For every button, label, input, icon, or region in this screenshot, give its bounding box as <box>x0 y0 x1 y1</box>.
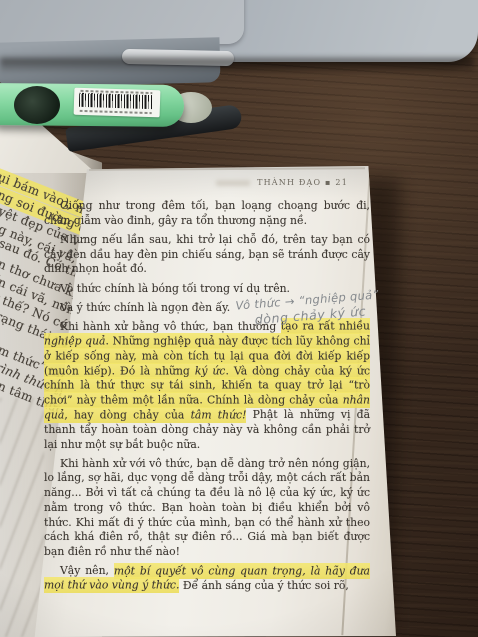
page-header: THÀNH ĐẠO ▪ 21 <box>44 178 370 187</box>
body-text: Và ý thức chính là ngọn đèn ấy. <box>60 301 230 314</box>
laptop-shadow <box>0 58 474 74</box>
highlighted-text: ký ức <box>195 363 226 379</box>
highlighter-cap <box>14 86 60 124</box>
paragraph: Nhưng nếu lần sau, khi trở lại chỗ đó, t… <box>44 233 370 277</box>
body-text: Để ánh sáng của ý thức soi rõ, <box>179 579 348 592</box>
body-text: Vô thức chính là bóng tối trong ví dụ tr… <box>60 282 290 295</box>
paragraph: Vậy nên, một bí quyết vô cùng quan trọng… <box>44 564 370 593</box>
paragraph: Khi hành xử với vô thức, bạn dễ dàng trở… <box>44 457 370 560</box>
highlighted-text: tâm thức! <box>191 407 247 423</box>
faded-header-text <box>216 180 250 186</box>
body-text: Giống như trong đêm tối, bạn loạng choạn… <box>44 199 370 227</box>
highlighter-barcode-sticker <box>74 88 161 118</box>
page-showthrough-texture <box>0 398 44 637</box>
header-separator: ▪ <box>325 178 332 187</box>
chapter-title: THÀNH ĐẠO <box>257 178 321 187</box>
highlighted-text: nghiệp quả <box>44 333 105 349</box>
right-page-text: THÀNH ĐẠO ▪ 21 Giống như trong đêm tối, … <box>44 178 370 598</box>
photo-scene: bụi bám vào), nhưáng soi đường tưuyệt đẹ… <box>0 0 478 637</box>
barcode-microtext <box>80 110 152 114</box>
body-text: Khi hành xử với vô thức, bạn dễ dàng trở… <box>44 457 370 558</box>
body-text: Vậy nên, <box>60 564 114 577</box>
body-text: Nhưng nếu lần sau, khi trở lại chỗ đó, t… <box>44 233 370 275</box>
page-paragraphs: Giống như trong đêm tối, bạn loạng choạn… <box>44 199 370 594</box>
barcode-bars <box>79 93 153 109</box>
highlighted-text: , hay dòng chảy của <box>64 407 190 423</box>
page-number: 21 <box>335 178 348 187</box>
paragraph: Giống như trong đêm tối, bạn loạng choạn… <box>44 199 370 228</box>
paragraph: Khi hành xử bằng vô thức, bạn thường tạo… <box>44 320 370 452</box>
